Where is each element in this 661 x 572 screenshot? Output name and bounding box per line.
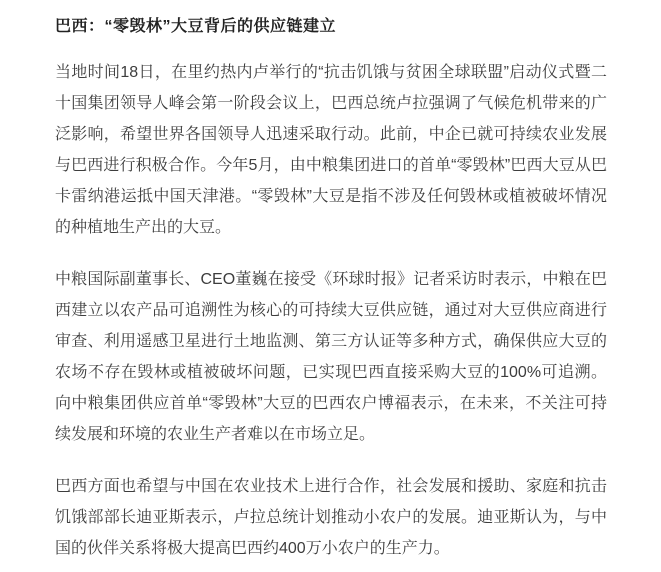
- article-page: 巴西：“零毁林”大豆背后的供应链建立 当地时间18日，在里约热内卢举行的“抗击饥…: [0, 0, 661, 572]
- article-paragraph-2: 中粮国际副董事长、CEO董巍在接受《环球时报》记者采访时表示，中粮在巴西建立以农…: [55, 264, 607, 450]
- article-paragraph-1: 当地时间18日，在里约热内卢举行的“抗击饥饿与贫困全球联盟”启动仪式暨二十国集团…: [55, 57, 607, 243]
- article-title: 巴西：“零毁林”大豆背后的供应链建立: [55, 14, 607, 40]
- article-paragraph-3: 巴西方面也希望与中国在农业技术上进行合作，社会发展和援助、家庭和抗击饥饿部部长迪…: [55, 471, 607, 564]
